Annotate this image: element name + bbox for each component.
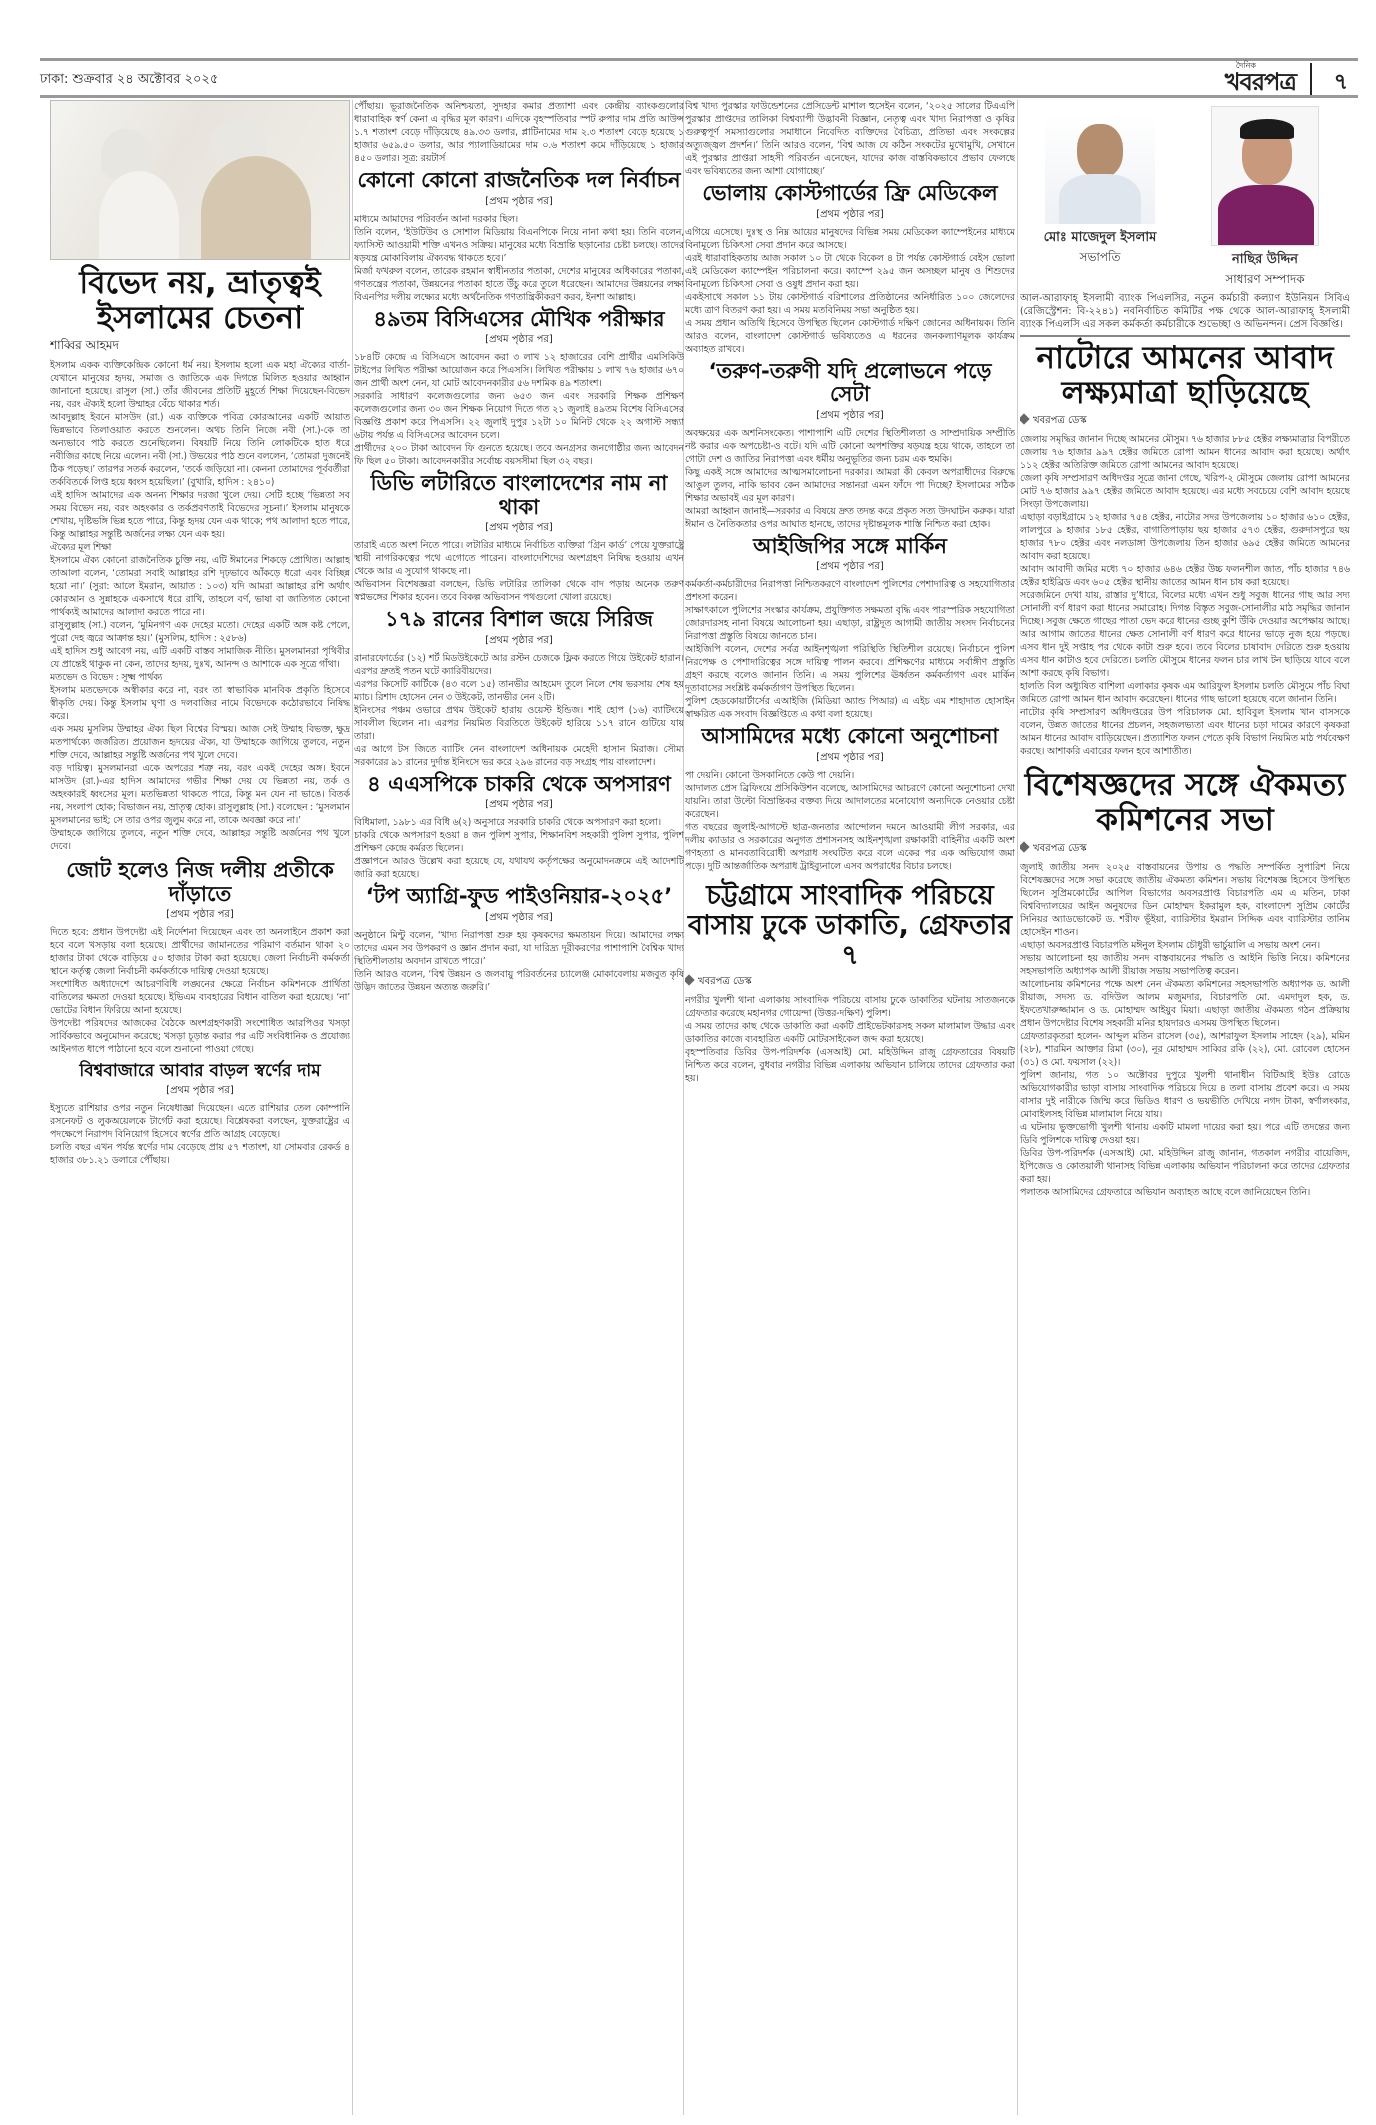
person-figure <box>99 171 179 260</box>
column-4: মোঃ মাজেদুল ইসলাম সভাপতি নাছির উদ্দিন সা… <box>1020 100 1350 2115</box>
paragraph: ডিবির উপ-পরিদর্শক (এসআই) মো. মহিউদ্দিন র… <box>1020 1147 1350 1186</box>
article-body: ইস্যুতে রাশিয়ার ওপর নতুন নিষেধাজ্ঞা দিয… <box>50 1102 350 1167</box>
column-rule <box>1017 100 1018 2115</box>
paragraph: গ্রেফতারকৃতরা হলেন- আব্দুল মতিন রাসেল (৩… <box>1020 1030 1350 1069</box>
headline-youth: ‘তরুণ-তরুণী যদি প্রলোভনে পড়ে সেটা <box>685 360 1015 407</box>
newspaper-logo: দৈনিক খবরপত্র <box>1225 61 1296 95</box>
paragraph: সভায় আলোচনা হয় জাতীয় সনদ বাস্তবায়নের… <box>1020 952 1350 978</box>
paragraph: অবক্ষয়ের এক অশনিসংকেত। পাশাপাশি এটি দেশ… <box>685 427 1015 466</box>
paragraph: রাসুলুল্লাহ (সা.) বলেন, ‘মুমিনগণ এক দেহে… <box>50 619 350 645</box>
paragraph: এক সময় মুসলিম উম্মাহর ঐক্য ছিল বিশ্বের … <box>50 723 350 762</box>
subheading: ঐক্যের মূল শিক্ষা <box>50 541 350 554</box>
headline-agri-food: ‘টপ অ্যাগ্রি-ফুড পাইওনিয়ার-২০২৫’ <box>354 885 684 909</box>
headline-commission: বিশেষজ্ঞদের সঙ্গে ঐকমত্য কমিশনের সভা <box>1020 768 1350 837</box>
article-body: তারাই এতে অংশ নিতে পারে। লটারির মাধ্যমে … <box>354 539 684 604</box>
headline-chattogram: চট্টগ্রামে সাংবাদিক পরিচয়ে বাসায় ঢুকে … <box>685 881 1015 972</box>
paragraph: মাধ্যমে আমাদের পরিবর্তন আনা দরকার ছিল। <box>354 213 684 226</box>
continued-label: [প্রথম পৃষ্ঠার পর] <box>354 194 684 211</box>
desk-label: খবরপত্র ডেস্ক <box>685 974 1015 991</box>
diamond-icon <box>1020 841 1030 852</box>
paragraph: এর আগে টস জিতে ব্যাটিং নেন বাংলাদেশ অধিন… <box>354 743 684 769</box>
headline-jote: জোট হলেও নিজ দলীয় প্রতীকে দাঁড়াতে <box>50 859 350 906</box>
paragraph: আমরা আহ্বান জানাই—সরকার এ বিষয়ে দ্রুত ত… <box>685 505 1015 531</box>
paragraph: এরপর কিসেটি কার্টিকে (৪৩ বলে ১৫) তানভীর … <box>354 678 684 704</box>
byline: শাব্বির আহমদ <box>50 337 350 357</box>
divider <box>1020 335 1350 337</box>
paragraph: ইসলাম একক ব্যক্তিকেন্দ্রিক কোনো ধর্ম নয়… <box>50 359 350 411</box>
article-body: অবক্ষয়ের এক অশনিসংকেত। পাশাপাশি এটি দেশ… <box>685 427 1015 531</box>
headline-coastguard: ভোলায় কোস্টগার্ডের ফ্রি মেডিকেল <box>685 182 1015 206</box>
article-body: বিধিমালা, ১৯৮১ এর বিধি ৬(২) অনুসারে সরকা… <box>354 816 684 881</box>
article-body: মাধ্যমে আমাদের পরিবর্তন আনা দরকার ছিল। ত… <box>354 213 684 304</box>
article-body: অনুষ্ঠানে মিন্টু বলেন, ‘খাদ্য নিরাপত্তা … <box>354 929 684 994</box>
page-number: ৭ <box>1334 65 1348 102</box>
paragraph: এ সময় তাদের কাছ থেকে ডাকাতি করা একটি প্… <box>685 1020 1015 1046</box>
president-name: মোঃ মাজেদুল ইসলাম <box>1030 228 1170 249</box>
paragraph: অনুষ্ঠানে মিন্টু বলেন, ‘খাদ্য নিরাপত্তা … <box>354 929 684 968</box>
headline-asp-removed: ৪ এএসপিকে চাকরি থেকে অপসারণ <box>354 773 684 797</box>
paragraph: পুলিশ হেডকোয়ার্টার্সের এআইজি (মিডিয়া অ… <box>685 695 1015 721</box>
continued-label: [প্রথম পৃষ্ঠার পর] <box>354 633 684 650</box>
continued-label: [প্রথম পৃষ্ঠার পর] <box>354 332 684 349</box>
shirt-icon <box>1059 174 1141 224</box>
paragraph: ইনিংসের পঞ্চম ওভারে প্রথম উইকেট হারায় ও… <box>354 704 684 743</box>
article-body: ১৮৪টি কেন্দ্রে এ বিসিএসে আবেদন করা ৩ লাখ… <box>354 351 684 468</box>
hair-icon <box>1240 119 1294 139</box>
diamond-icon <box>685 975 695 986</box>
article-body: রানারফোর্ডের (১২) শর্ট মিডউইকেটে আর রস্ট… <box>354 652 684 769</box>
paragraph: এই হাদিস আমাদের এক অনন্য শিক্ষার দরজা খু… <box>50 489 350 541</box>
article-body: ইসলাম একক ব্যক্তিকেন্দ্রিক কোনো ধর্ম নয়… <box>50 359 350 853</box>
article-body: বিশ্ব খাদ্য পুরস্কার ফাউন্ডেশনের প্রেসিড… <box>685 100 1015 178</box>
headline-dv-lottery: ডিভি লটারিতে বাংলাদেশের নাম না থাকা <box>354 472 684 519</box>
secretary-name: নাছির উদ্দিন <box>1190 250 1340 271</box>
paragraph: বড় দায়িত্ব। মুসলমানরা একে অপরের শত্রু … <box>50 762 350 827</box>
continued-label: [প্রথম পৃষ্ঠার পর] <box>685 207 1015 224</box>
portraits-row: মোঃ মাজেদুল ইসলাম সভাপতি নাছির উদ্দিন সা… <box>1020 106 1350 266</box>
paragraph: পা দেয়নি। কোনো উসকানিতে কেউ পা দেয়নি। <box>685 769 1015 782</box>
continued-label: [প্রথম পৃষ্ঠার পর] <box>685 408 1015 425</box>
continued-label: [প্রথম পৃষ্ঠার পর] <box>354 520 684 537</box>
headline-igp: আইজিপির সঙ্গে মার্কিন <box>685 535 1015 559</box>
face-icon <box>1077 124 1123 178</box>
paragraph: নগরীর খুলশী থানা এলাকায় সাংবাদিক পরিচয়… <box>685 994 1015 1020</box>
paragraph: নাটোর কৃষি সম্প্রসারণ অধিদপ্তরের উপ পরিচ… <box>1020 706 1350 758</box>
headline-natore: নাটোরে আমনের আবাদ লক্ষ্যমাত্রা ছাড়িয়েছ… <box>1020 341 1350 410</box>
masthead-separator <box>1310 63 1312 95</box>
headline-party: কোনো কোনো রাজনৈতিক দল নির্বাচন <box>354 169 684 193</box>
paragraph: উপদেষ্টা পরিষদের আজকের বৈঠকে অংশগ্রহণকার… <box>50 1017 350 1056</box>
paragraph: কর্মকর্তা-কর্মচারীদের নিরাপত্তা নিশ্চিতক… <box>685 578 1015 604</box>
paragraph: পলাতক আসামিদের গ্রেফতারে অভিযান অব্যাহত … <box>1020 1186 1350 1199</box>
paragraph: এছাড়া অবসরপ্রাপ্ত বিচারপতি মঈনুল ইসলাম … <box>1020 939 1350 952</box>
paragraph: তিনি আরও বলেন, ‘বিশ্ব উন্নয়ন ও জলবায়ু … <box>354 968 684 994</box>
paragraph: পৌঁছায়। ভূরাজনৈতিক অনিশ্চয়তা, সুদহার ক… <box>354 100 684 165</box>
continued-label: [প্রথম পৃষ্ঠার পর] <box>685 559 1015 576</box>
paragraph: সংশোধিত অধ্যাদেশে আচরণবিধি লঙ্ঘনের ক্ষেত… <box>50 978 350 1017</box>
paragraph: রানারফোর্ডের (১২) শর্ট মিডউইকেটে আর রস্ট… <box>354 652 684 678</box>
paragraph: তারাই এতে অংশ নিতে পারে। লটারির মাধ্যমে … <box>354 539 684 578</box>
article-body: পৌঁছায়। ভূরাজনৈতিক অনিশ্চয়তা, সুদহার ক… <box>354 100 684 165</box>
paragraph: আদালত প্রেস ব্রিফিংয়ে প্রসিকিউশন বলেছে,… <box>685 782 1015 821</box>
continued-label: [প্রথম পৃষ্ঠার পর] <box>50 907 350 924</box>
paragraph: ১৮৪টি কেন্দ্রে এ বিসিএসে আবেদন করা ৩ লাখ… <box>354 351 684 390</box>
desk-label: খবরপত্র ডেস্ক <box>1020 841 1350 858</box>
portrait-block-president: মোঃ মাজেদুল ইসলাম সভাপতি <box>1030 106 1170 266</box>
article-body: কর্মকর্তা-কর্মচারীদের নিরাপত্তা নিশ্চিতক… <box>685 578 1015 721</box>
paragraph: ইস্যুতে রাশিয়ার ওপর নতুন নিষেধাজ্ঞা দিয… <box>50 1102 350 1141</box>
paragraph: বিশ্ব খাদ্য পুরস্কার ফাউন্ডেশনের প্রেসিড… <box>685 100 1015 178</box>
portrait-photo-secretary <box>1211 106 1319 246</box>
paragraph: এ সময় প্রধান অতিথি হিসেবে উপস্থিত ছিলেন… <box>685 317 1015 356</box>
person-figure <box>201 156 311 260</box>
article-body: পা দেয়নি। কোনো উসকানিতে কেউ পা দেয়নি। … <box>685 769 1015 873</box>
logo-name: খবরপত্র <box>1225 70 1296 94</box>
paragraph: জুলাই জাতীয় সনদ ২০২৫ বাস্তবায়নের উপায়… <box>1020 861 1350 939</box>
paragraph: হালতি বিল অধ্যুষিত বাশিলা এলাকার কৃষক এম… <box>1020 680 1350 706</box>
paragraph: এছাড়া বড়াইগ্রামে ১২ হাজার ৭৫৪ হেক্টর, … <box>1020 511 1350 563</box>
column-rule <box>352 100 353 2115</box>
president-role: সভাপতি <box>1030 249 1170 269</box>
greeting-caption: আল-আরাফাহ্ ইসলামী ব্যাংক পিএলসির, নতুন ক… <box>1020 292 1350 331</box>
desk-name: খবরপত্র ডেস্ক <box>1033 415 1087 426</box>
paragraph: ইসলামে ঐক্য কোনো রাজনৈতিক চুক্তি নয়, এট… <box>50 554 350 619</box>
paragraph: গত বছরের জুলাই-আগস্টে ছাত্র-জনতার আন্দোল… <box>685 821 1015 873</box>
paragraph: আবাদ আবাদী জমির মধ্যে ৭০ হাজার ৬৪৬ হেক্ট… <box>1020 563 1350 589</box>
paragraph: একইসাথে সকাল ১১ টায় কোস্টগার্ড বরিশালের… <box>685 291 1015 317</box>
desk-label: খবরপত্র ডেস্ক <box>1020 413 1350 430</box>
headline-gold: বিশ্ববাজারে আবার বাড়ল স্বর্ণের দাম <box>50 1062 350 1081</box>
cap-icon <box>211 121 266 159</box>
article-body: নগরীর খুলশী থানা এলাকায় সাংবাদিক পরিচয়… <box>685 994 1015 1085</box>
paragraph: পুলিশ জানায়, গত ১০ অক্টোবর দুপুরে খুলশী… <box>1020 1069 1350 1121</box>
article-photo-men-embracing <box>50 100 350 260</box>
column-1: বিভেদ নয়, ভ্রাতৃত্বই ইসলামের চেতনা শাব্… <box>50 100 350 2115</box>
paragraph: অভিবাসন বিশেষজ্ঞরা বলছেন, ডিভি লটারির তা… <box>354 578 684 604</box>
paragraph: আবদুল্লাহ ইবনে মাসউদ (রা.) এক ব্যক্তিকে … <box>50 411 350 489</box>
headline-lead: বিভেদ নয়, ভ্রাতৃত্বই ইসলামের চেতনা <box>50 266 350 335</box>
diamond-icon <box>1020 414 1030 425</box>
desk-name: খবরপত্র ডেস্ক <box>1033 843 1087 854</box>
paragraph: এগিয়ে এসেছে। দুঃস্থ ও নিম্ন আয়ের মানুষ… <box>685 226 1015 252</box>
paragraph: উম্মাহকে জাগিয়ে তুলবে, নতুন শক্তি দেবে,… <box>50 827 350 853</box>
portrait-block-secretary: নাছির উদ্দিন সাধারণ সম্পাদক <box>1190 106 1340 266</box>
article-body: জেলায় সমৃদ্ধির জানান দিচ্ছে আমনের মৌসুম… <box>1020 433 1350 758</box>
paragraph: সাক্ষাৎকালে পুলিশের সংস্কার কার্যক্রম, প… <box>685 604 1015 643</box>
article-body: এগিয়ে এসেছে। দুঃস্থ ও নিম্ন আয়ের মানুষ… <box>685 226 1015 356</box>
paragraph: আলোচনায় কমিশনের পক্ষে অংশ নেন ঐকমত্য কম… <box>1020 978 1350 1030</box>
paragraph: এই হাদিস শুধু আবেগ নয়, এটি একটি বাস্তব … <box>50 645 350 671</box>
paragraph: দিতে হবে: প্রধান উপদেষ্টা এই নির্দেশনা দ… <box>50 926 350 978</box>
paragraph: কিছু একই সঙ্গে আমাদের আত্মসমালোচনা দরকার… <box>685 466 1015 505</box>
shirt-icon <box>1218 185 1314 246</box>
subheading: মতভেদ ও বিভেদ : সূক্ষ্ম পার্থক্য <box>50 671 350 684</box>
column-2: পৌঁছায়। ভূরাজনৈতিক অনিশ্চয়তা, সুদহার ক… <box>354 100 684 2115</box>
paragraph: জেলায় সমৃদ্ধির জানান দিচ্ছে আমনের মৌসুম… <box>1020 433 1350 472</box>
paragraph: তিনি বলেন, ‘ইউটিউব ও সোশাল মিডিয়ায় বিএ… <box>354 226 684 265</box>
paragraph: প্রার্থীদের ২০০ টাকা আবেদন ফি গুনতে হয়ে… <box>354 442 684 468</box>
paragraph: এরই ধারাবাহিকতায় আজ সকাল ১০ টা থেকে বিক… <box>685 252 1015 291</box>
paragraph: সরেজমিনে দেখা যায়, রাস্তার দু’ধারে, বিল… <box>1020 589 1350 680</box>
article-body: দিতে হবে: প্রধান উপদেষ্টা এই নির্দেশনা দ… <box>50 926 350 1056</box>
headline-cricket: ১৭৯ রানের বিশাল জয়ে সিরিজ <box>354 608 684 632</box>
portrait-photo-president <box>1045 114 1155 224</box>
headline-bcs: ৪৯তম বিসিএসের মৌখিক পরীক্ষার <box>354 308 684 332</box>
paragraph: চাকরি থেকে অপসারণ হওয়া ৪ জন পুলিশ সুপার… <box>354 829 684 855</box>
paragraph: বৃহস্পতিবার ডিবির উপ-পরিদর্শক (এসআই) মো.… <box>685 1046 1015 1085</box>
continued-label: [প্রথম পৃষ্ঠার পর] <box>50 1083 350 1100</box>
paragraph: প্রজ্ঞাপনে আরও উল্লেখ করা হয়েছে যে, যথা… <box>354 855 684 881</box>
desk-name: খবরপত্র ডেস্ক <box>698 976 752 987</box>
paragraph: ইসলাম মতভেদকে অস্বীকার করে না, বরং তা স্… <box>50 684 350 723</box>
masthead: ঢাকা: শুক্রবার ২৪ অক্টোবর ২০২৫ দৈনিক খবর… <box>40 58 1358 98</box>
continued-label: [প্রথম পৃষ্ঠার পর] <box>685 750 1015 767</box>
paragraph: আইজিপি বলেন, দেশের সর্বত্র আইনশৃঙ্খলা পর… <box>685 643 1015 695</box>
paragraph: বিধিমালা, ১৯৮১ এর বিধি ৬(২) অনুসারে সরকা… <box>354 816 684 829</box>
article-body: জুলাই জাতীয় সনদ ২০২৫ বাস্তবায়নের উপায়… <box>1020 861 1350 1199</box>
headline-accused: আসামিদের মধ্যে কোনো অনুশোচনা <box>685 725 1015 749</box>
paragraph: মির্জা ফখরুল বলেন, তারেক রহমান স্বাধীনতা… <box>354 265 684 304</box>
paragraph: এ ঘটনায় ভুক্তভোগী খুলশী থানায় একটি মাম… <box>1020 1121 1350 1147</box>
continued-label: [প্রথম পৃষ্ঠার পর] <box>354 797 684 814</box>
secretary-role: সাধারণ সম্পাদক <box>1190 271 1340 291</box>
column-3: বিশ্ব খাদ্য পুরস্কার ফাউন্ডেশনের প্রেসিড… <box>685 100 1015 2115</box>
paragraph: চলতি বছর এখন পর্যন্ত স্বর্ণের দাম বেড়েছ… <box>50 1141 350 1167</box>
continued-label: [প্রথম পৃষ্ঠার পর] <box>354 910 684 927</box>
paragraph: জেলা কৃষি সম্প্রসারণ অধিদপ্তর সূত্রে জান… <box>1020 472 1350 511</box>
issue-date: ঢাকা: শুক্রবার ২৪ অক্টোবর ২০২৫ <box>40 70 218 91</box>
paragraph: সরকারি সাধারণ কলেজগুলোর জন্য ৬৫৩ জন এবং … <box>354 390 684 442</box>
